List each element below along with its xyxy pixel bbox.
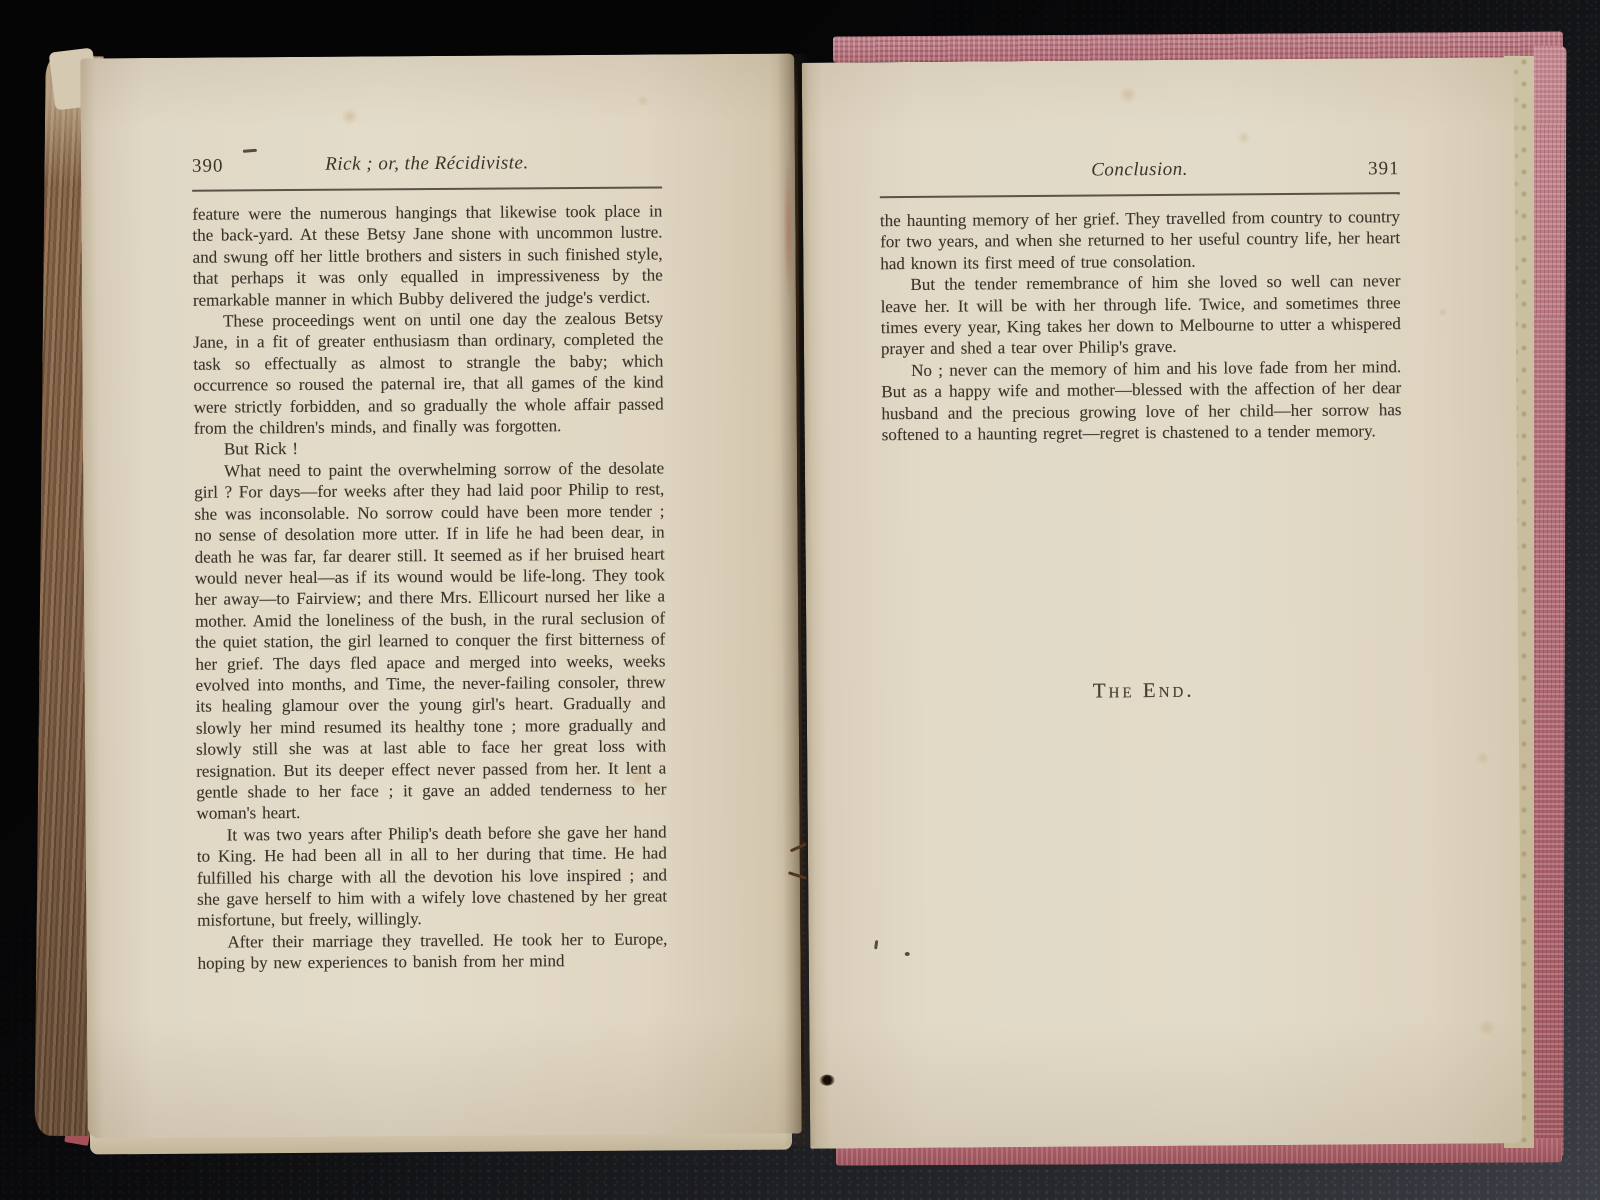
gutter-crease bbox=[794, 64, 804, 1130]
left-page-text: feature were the numerous hangings that … bbox=[192, 200, 667, 974]
paragraph: the haunting memory of her grief. They t… bbox=[880, 206, 1400, 274]
right-page-number: 391 bbox=[1368, 158, 1400, 180]
binding-hole bbox=[820, 1075, 835, 1086]
foxing-spot bbox=[341, 109, 359, 125]
foxing-spot bbox=[1046, 381, 1063, 395]
right-page: Conclusion. 391 the haunting memory of h… bbox=[802, 57, 1523, 1149]
paragraph: But the tender remembrance of him she lo… bbox=[880, 270, 1401, 360]
paragraph: After their marriage they travelled. He … bbox=[197, 928, 667, 974]
book-cover-right-edge bbox=[1530, 46, 1567, 1160]
binding-stitch bbox=[788, 871, 807, 880]
book-photograph: 390 Rick ; or, the Récidiviste. feature … bbox=[0, 0, 1600, 1200]
stray-ink-mark bbox=[874, 940, 878, 949]
foxing-spot bbox=[1118, 86, 1138, 103]
the-end-marker: The End. bbox=[884, 677, 1404, 706]
paragraph: No ; never can the memory of him and his… bbox=[881, 356, 1402, 446]
right-page-text: the haunting memory of her grief. They t… bbox=[880, 206, 1402, 446]
open-book: 390 Rick ; or, the Récidiviste. feature … bbox=[0, 0, 1600, 1200]
left-page: 390 Rick ; or, the Récidiviste. feature … bbox=[80, 54, 802, 1139]
foxing-spot bbox=[625, 767, 651, 789]
left-running-title: Rick ; or, the Récidiviste. bbox=[192, 151, 662, 176]
foxing-spot bbox=[637, 95, 650, 107]
gutter-stain bbox=[783, 154, 794, 304]
paragraph: What need to paint the overwhelming sorr… bbox=[194, 457, 667, 824]
foxing-spot bbox=[1236, 131, 1251, 144]
right-running-title: Conclusion. bbox=[880, 157, 1400, 183]
foxing-spot bbox=[412, 308, 424, 318]
foxing-spot bbox=[1475, 751, 1490, 764]
stray-ink-speck bbox=[905, 952, 910, 956]
paragraph: It was two years after Philip's death be… bbox=[197, 821, 668, 931]
foxing-spot bbox=[1438, 308, 1448, 317]
binding-stitch bbox=[790, 843, 807, 853]
right-page-header: Conclusion. 391 bbox=[879, 154, 1399, 194]
paragraph: These proceedings went on until one day … bbox=[193, 307, 664, 439]
left-page-header: 390 Rick ; or, the Récidiviste. bbox=[192, 148, 662, 187]
foxing-spot bbox=[1477, 1019, 1496, 1035]
paragraph: feature were the numerous hangings that … bbox=[192, 200, 663, 310]
